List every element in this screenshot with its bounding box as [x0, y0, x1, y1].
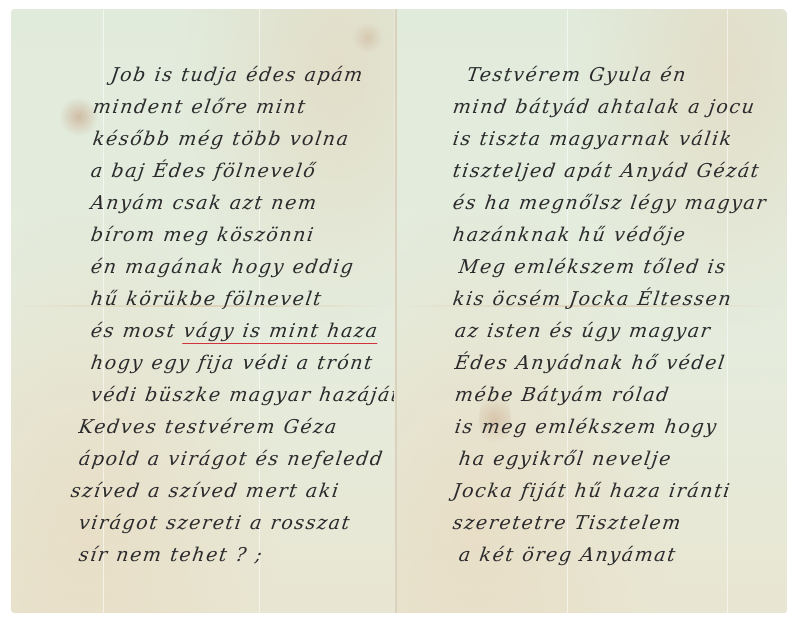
- left-page-text: Job is tudja édes apám mindent előre min…: [11, 9, 395, 613]
- text-line: hazánknak hű védője: [451, 224, 687, 246]
- text-line: hogy egy fija védi a trónt: [89, 352, 375, 374]
- text-line: bírom meg köszönni: [89, 224, 316, 246]
- text-line: Kedves testvérem Géza: [77, 416, 339, 438]
- text-line: Job is tudja édes apám: [109, 64, 365, 86]
- left-page: Job is tudja édes apám mindent előre min…: [11, 9, 395, 613]
- text-line: a két öreg Anyámat: [457, 544, 678, 566]
- text-line: is meg emlékszem hogy: [453, 416, 719, 438]
- text-line: később még több volna: [91, 128, 351, 150]
- text-line: és ha megnőlsz légy magyar: [451, 192, 768, 214]
- text-line: Édes Anyádnak hő védel: [453, 352, 727, 374]
- text-line: is tiszta magyarnak válik: [451, 128, 734, 150]
- text-line: kis öcsém Jocka Éltessen: [451, 288, 733, 310]
- text-line: mind bátyád ahtalak a jocu: [451, 96, 757, 118]
- text-line: védi büszke magyar hazáját: [89, 384, 401, 406]
- text-line-start: és most: [89, 320, 177, 342]
- text-line: Anyám csak azt nem: [89, 192, 319, 214]
- underlined-phrase: vágy is mint haza: [182, 320, 380, 344]
- text-line: ápold a virágot és nefeledd: [77, 448, 385, 470]
- text-line: szeretetre Tisztelem: [451, 512, 683, 534]
- text-line: hű körükbe fölnevelt: [89, 288, 324, 310]
- text-line: én magának hogy eddig: [89, 256, 356, 278]
- right-page: Testvérem Gyula én mind bátyád ahtalak a…: [397, 9, 787, 613]
- text-line: szíved a szíved mert aki: [69, 480, 341, 502]
- text-line: és most vágy is mint haza: [89, 320, 380, 342]
- text-line: mindent előre mint: [91, 96, 308, 118]
- text-line: Testvérem Gyula én: [465, 64, 688, 86]
- text-line: az isten és úgy magyar: [453, 320, 713, 342]
- text-line: sír nem tehet ? ;: [77, 544, 264, 566]
- text-line: ha egyikről nevelje: [457, 448, 673, 470]
- right-page-text: Testvérem Gyula én mind bátyád ahtalak a…: [397, 9, 787, 613]
- text-line: mébe Bátyám rólad: [453, 384, 671, 406]
- text-line: a baj Édes fölnevelő: [89, 160, 317, 182]
- text-line: tiszteljed apát Anyád Gézát: [451, 160, 761, 182]
- letter-sheet: Job is tudja édes apám mindent előre min…: [11, 9, 787, 613]
- text-line: Jocka fiját hű haza iránti: [451, 480, 732, 502]
- text-line: virágot szereti a rosszat: [77, 512, 352, 534]
- text-line: Meg emlékszem tőled is: [457, 256, 728, 278]
